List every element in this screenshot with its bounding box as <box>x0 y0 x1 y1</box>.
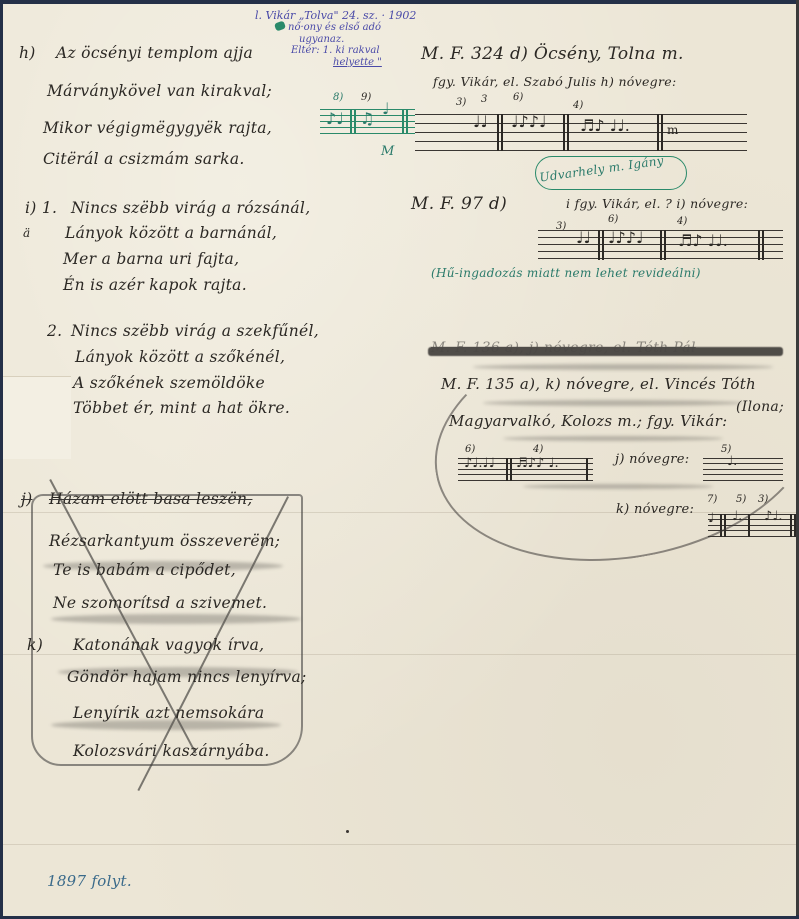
struck-lyric-line: Te is babám a cipődet, <box>53 561 236 579</box>
lyric-line: Többet ér, mint a hat ökre. <box>73 399 290 417</box>
measure-marker: 9) <box>361 92 371 103</box>
entry-source: fgy. Vikár, el. Szabó Julis h) nóvegre: <box>433 74 676 89</box>
lyric-line: Márványkövel van kirakval; <box>47 82 272 100</box>
struck-lyric-line: Lenyírik azt nemsokára <box>73 704 264 722</box>
lyric-line: Lányok között a barnánál, <box>65 224 277 242</box>
entry-source: i fgy. Vikár, el. ? i) nóvegre: <box>566 196 748 211</box>
margin-note-line: ugyanaz. <box>299 34 344 45</box>
pencil-scribble <box>51 614 301 624</box>
measure-marker: 4) <box>677 216 687 227</box>
lyric-line: Nincs szëbb virág a szekfűnél, <box>71 322 319 340</box>
measure-marker: 3) <box>456 97 466 108</box>
verse-number: 2. <box>47 322 62 340</box>
lyric-line: Az öcsényi templom ajja <box>56 44 253 62</box>
measure-marker: 8) <box>333 92 343 103</box>
margin-note-line: nő·ony és első adó <box>288 22 381 33</box>
lyric-line: A szőkének szemöldöke <box>73 374 265 392</box>
lyric-line: Mer a barna uri fajta, <box>63 250 239 268</box>
measure-marker: 3 <box>481 94 487 105</box>
ink-speck <box>346 830 349 833</box>
measure-marker: 6) <box>608 214 618 225</box>
archive-note: 1897 folyt. <box>47 872 132 890</box>
measure-marker: 6) <box>513 92 523 103</box>
entry-heading: M. F. 97 d) <box>411 194 507 214</box>
section-label-h: h) <box>19 44 36 62</box>
lyric-line: Nincs szëbb virág a rózsánál, <box>71 199 310 217</box>
margin-note-line: l. Vikár „Tolva" 24. sz. · 1902 <box>255 10 416 21</box>
section-label-i: i) 1. <box>25 199 57 217</box>
struck-lyric-line: Göndör hajam nincs lenyírva; <box>67 668 307 686</box>
lyric-line: Mikor végigmëgygyëk rajta, <box>43 119 272 137</box>
margin-mark: ä <box>23 226 30 240</box>
pencil-deletion-curve <box>416 292 796 589</box>
measure-marker: 4) <box>573 100 583 111</box>
struck-lyric-line: Kolozsvári kaszárnyába. <box>73 742 270 760</box>
lyric-line: Én is azér kapok rajta. <box>63 276 247 294</box>
footnote: (Hű-ingadozás miatt nem lehet revideálni… <box>431 266 701 280</box>
struck-lyric-line: Ne szomorítsd a szivemet. <box>53 594 267 612</box>
struck-lyric-line: Rézsarkantyum összeverëm; <box>49 532 280 550</box>
paper-fold <box>3 844 796 845</box>
margin-note-line: Eltér: 1. ki rakval <box>291 45 380 56</box>
manuscript-page: l. Vikár „Tolva" 24. sz. · 1902 nő·ony é… <box>3 4 796 916</box>
entry-heading: M. F. 324 d) Öcsény, Tolna m. <box>421 44 684 64</box>
paper-repair-patch <box>3 376 71 459</box>
teal-music-staff: ♪♩ ♫ ♩ <box>320 109 415 133</box>
lyric-line: Lányok között a szőkénél, <box>75 348 285 366</box>
margin-note-line: helyette " <box>333 57 382 68</box>
music-staff: ♩♩ ♩♪♪♩ ♬♪ ♩♩. m <box>415 114 747 150</box>
music-staff: ♩♩ ♩♪♪♩ ♬♪ ♩♩. <box>538 230 783 260</box>
section-label-j: j) <box>21 490 32 508</box>
section-label-k: k) <box>27 636 43 654</box>
teal-mark: M <box>381 144 395 159</box>
teal-ink-blot <box>274 21 286 32</box>
struck-lyric-line: Katonának vagyok írva, <box>73 636 264 654</box>
lyric-line: Citërál a csizmám sarka. <box>43 150 245 168</box>
struck-lyric-line: Házam elött basa leszën, <box>49 490 252 508</box>
